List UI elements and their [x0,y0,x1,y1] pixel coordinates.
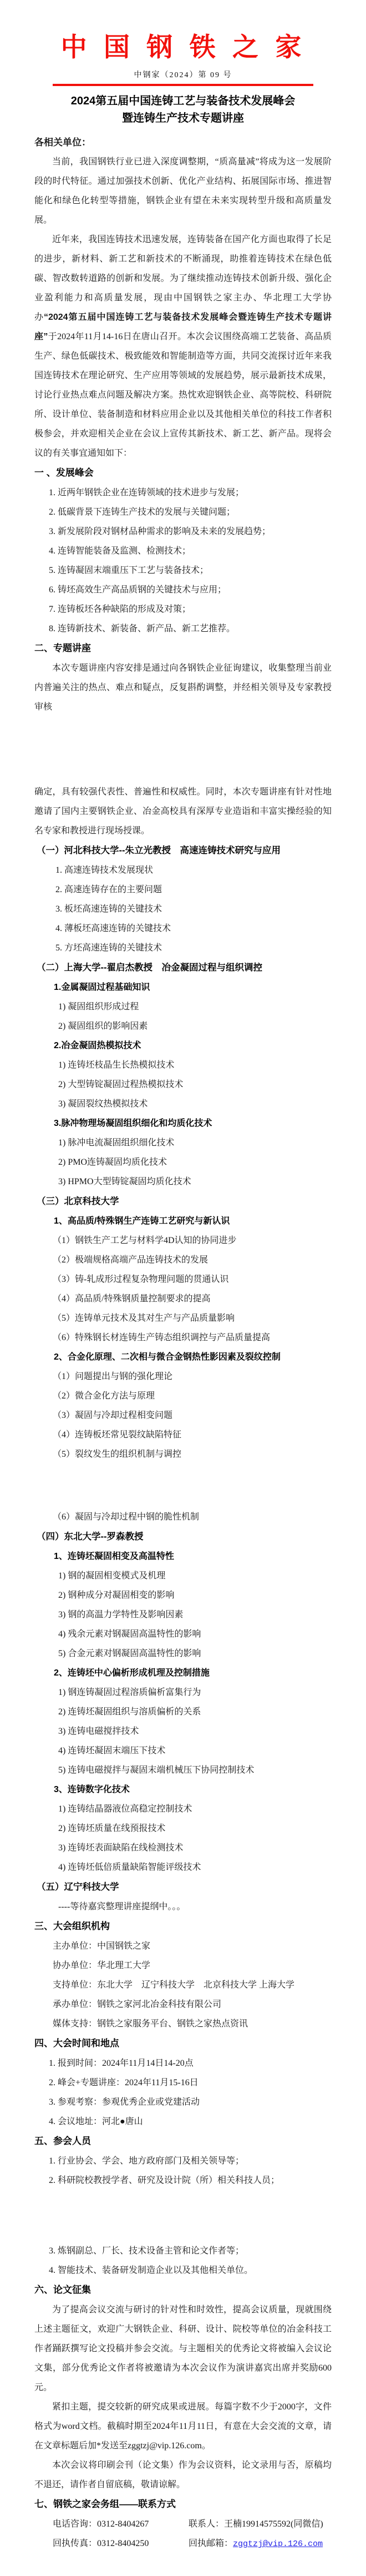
papers-paragraph-3: 本次会议将印刷会刊（论文集）作为会议资料，论文录用与否，原稿均不退还，请作者自留… [34,2456,332,2494]
organization-line: 主办单位：中国钢铁之家 [34,1936,332,1956]
section-heading-lectures: 二、专题讲座 [34,638,332,658]
lecture-2-group-1-title: 1.金属凝固过程基础知识 [34,978,332,997]
summit-topic-item: 4. 连铸智能装备及监测、检测技术； [34,541,332,561]
page-break-gap-3 [34,2190,332,2241]
schedule-item: 1. 报到时间：2024年11月14日14-20点 [34,2054,332,2073]
lecture-3-group-2-item: （3）凝固与冷却过程相变问题 [34,1406,332,1425]
lecture-4-group-2-item: 1) 钢连铸凝固过程溶质偏析富集行为 [34,1683,332,1702]
lecture-1-item-list: 1. 高速连铸技术发展现状2. 高速连铸存在的主要问题3. 板坯高速连铸的关键技… [34,861,332,958]
lecture-3-heading: （三）北京科技大学 [34,1191,332,1211]
lecture-3-group-2-item: （4）连铸板坯常见裂纹缺陷特征 [34,1425,332,1445]
summit-topic-item: 6. 铸坯高效生产高品质钢的关键技术与应用； [34,580,332,600]
organization-line: 协办单位：华北理工大学 [34,1956,332,1975]
attendee-item-list: 1. 行业协会、学会、地方政府部门及相关领导等；2. 科研院校教授学者、研究及设… [34,2151,332,2190]
lecture-3-group-1-item: （3）铸-轧成形过程复杂物理问题的贯通认识 [34,1270,332,1289]
section-heading-schedule: 四、大会时间和地点 [34,2034,332,2054]
lecture-2-group-3-title: 3.脉冲物理场凝固组织细化和均质化技术 [34,1114,332,1133]
lecture-4-group-1-list: 1) 钢的凝固相变模式及机理2) 钢种成分对凝固相变的影响3) 钢的高温力学特性… [34,1566,332,1663]
lecture-3-group-2-item: （5）裂纹发生的组织机制与调控 [34,1445,332,1464]
lecture-1-heading: （一）河北科技大学--朱立光教授 高速连铸技术研究与应用 [34,841,332,861]
lecture-3-group-2-item: （2）微合金化方法与原理 [34,1386,332,1406]
lecture-2-group-3-item: 2) PMO连铸凝固均质化技术 [34,1153,332,1172]
lecture-2-group-3-item: 3) HPMO大型铸锭凝固均质化技术 [34,1172,332,1191]
lecture-4-heading: （四）东北大学--罗森教授 [34,1527,332,1547]
lecture-3-group-1-item: （5）连铸单元技术及其对生产与产品质量影响 [34,1309,332,1328]
lecture-2-group-2-list: 1) 连铸坯枝晶生长热模拟技术2) 大型铸锭凝固过程热模拟技术3) 凝固裂纹热模… [34,1055,332,1114]
lecture-2-heading: （二）上海大学--翟启杰教授 冶金凝固过程与组织调控 [34,958,332,978]
section-heading-contact: 七、钢铁之家会务组——联系方式 [34,2494,332,2514]
lecture-4-group-2-list: 1) 钢连铸凝固过程溶质偏析富集行为2) 连铸坯凝固组织与溶质偏析的关系3) 连… [34,1683,332,1780]
summit-topic-item: 8. 连铸新技术、新装备、新产品、新工艺推荐。 [34,619,332,638]
lecture-4-group-1-item: 4) 残余元素对钢凝固高温特性的影响 [34,1624,332,1644]
lecture-4-group-2-item: 4) 连铸坯凝固末端压下技术 [34,1741,332,1760]
lecture-3-group-1-list: （1）钢铁生产工艺与材料学4D认知的协同进步（2）极端规格高端产品连铸技术的发展… [34,1231,332,1347]
lecture-5-heading: （五）辽宁科技大学 [34,1877,332,1897]
lecture-2-group-2-item: 1) 连铸坯枝晶生长热模拟技术 [34,1055,332,1075]
lecture-3-group-1-title: 1、高品质/特殊钢生产连铸工艺研究与新认识 [34,1211,332,1231]
intro-paragraph-2-post: 于2024年11月14-16日在唐山召开。本次会议围绕高端工艺装备、高品质生产、… [34,332,332,458]
section-heading-attendees: 五、参会人员 [34,2131,332,2151]
lecture-4-group-3-item: 4) 连铸坯低倍质量缺陷智能评级技术 [34,1858,332,1877]
lecture-2-group-1-item: 1) 凝固组织形成过程 [34,997,332,1017]
lecture-2-group-3-item: 1) 脉冲电流凝固组织细化技术 [34,1133,332,1153]
lecture-1-item: 3. 板坯高速连铸的关键技术 [34,899,332,919]
lecture-1-item: 2. 高速连铸存在的主要问题 [34,880,332,899]
section-heading-summit: 一 、发展峰会 [34,463,332,483]
organization-line: 支持单位：东北大学 辽宁科技大学 北京科技大学 上海大学 [34,1975,332,1995]
lecture-2-group-1-item: 2) 凝固组织的影响因素 [34,1017,332,1036]
document-page: 中 国 钢 铁 之 家 中钢家（2024）第 09 号 2024第五届中国连铸工… [0,0,366,2576]
reply-email-link[interactable]: zggtzj@vip.126.com [233,2539,323,2549]
lecture-3-group-2-list: （1）问题提出与钢的强化理论（2）微合金化方法与原理（3）凝固与冷却过程相变问题… [34,1367,332,1464]
lecture-2-group-2-item: 2) 大型铸锭凝固过程热模拟技术 [34,1075,332,1094]
contact-email-label: 回执邮箱： [189,2539,233,2548]
contact-row-fax: 回执传真：0312-8404250 回执邮箱：zggtzj@vip.126.co… [34,2534,332,2554]
salutation: 各相关单位： [34,133,332,152]
papers-paragraph-1: 为了提高会议交流与研讨的针对性和时效性，提高会议质量，现就围绕上述主题征文，欢迎… [34,2300,332,2397]
lecture-5-pending-note: ----等待嘉宾整理讲座提纲中。。。 [34,1897,332,1916]
papers-paragraph-2: 紧扣主题，提交较新的研究成果或进展。每篇字数不少于2000字，文件格式为word… [34,2397,332,2456]
lecture-4-group-2-item: 5) 连铸电磁搅拌与凝固末端机械压下协同控制技术 [34,1760,332,1780]
lecture-3-group-1-item: （2）极端规格高端产品连铸技术的发展 [34,1250,332,1270]
summit-topic-list: 1. 近两年钢铁企业在连铸领域的技术进步与发展；2. 低碳背景下连铸生产技术的发… [34,483,332,638]
lecture-3-group-1-item: （1）钢铁生产工艺与材料学4D认知的协同进步 [34,1231,332,1250]
intro-paragraph-2: 近年来，我国连铸技术迅速发展，连铸装备在国产化方面也取得了长足的进步，新材料、新… [34,230,332,463]
attendee-item: 4. 智能技术、装备研发制造企业以及其他相关单位。 [34,2261,332,2280]
section-heading-papers: 六、论文征集 [34,2280,332,2300]
lecture-3-group-1-item: （6）特殊钢长材连铸生产铸态组织调控与产品质量提高 [34,1328,332,1347]
attendee-item-list-continued: 3. 炼钢副总、厂长、技术设备主管和论文作者等；4. 智能技术、装备研发制造企业… [34,2241,332,2280]
lecture-1-item: 4. 薄板坯高速连铸的关键技术 [34,919,332,938]
lecture-3-group-2-list-continued: （6）凝固与冷却过程中钢的脆性机制 [34,1507,332,1527]
organization-title: 中 国 钢 铁 之 家 [34,32,332,63]
attendee-item: 2. 科研院校教授学者、研究及设计院（所）相关科技人员； [34,2171,332,2190]
lecture-3-group-2-item: （6）凝固与冷却过程中钢的脆性机制 [34,1507,332,1527]
summit-topic-item: 5. 连铸凝固末端重压下工艺与装备技术； [34,561,332,580]
page-break-gap-1 [34,717,332,782]
summit-topic-item: 3. 新发展阶段对钢材品种需求的影响及未来的发展趋势； [34,522,332,541]
organization-line-list: 主办单位：中国钢铁之家协办单位：华北理工大学支持单位：东北大学 辽宁科技大学 北… [34,1936,332,2034]
lecture-4-group-1-title: 1、连铸坯凝固相变及高温特性 [34,1547,332,1566]
schedule-item: 4. 会议地址：河北●唐山 [34,2112,332,2131]
contact-row-phone: 电话咨询：0312-8404267 联系人：王楠19914575592(同微信) [34,2514,332,2534]
schedule-item: 2. 峰会+专题讲座：2024年11月15-16日 [34,2073,332,2092]
attendee-item: 1. 行业协会、学会、地方政府部门及相关领导等； [34,2151,332,2171]
lecture-4-group-3-item: 2) 连铸坯质量在线预报技术 [34,1819,332,1838]
document-number: 中钢家（2024）第 09 号 [34,69,332,80]
letterhead-divider [53,84,313,86]
intro-paragraph-1: 当前，我国钢铁行业已进入深度调整期，“质高量减”将成为这一发展阶段的时代特征。通… [34,152,332,230]
lecture-4-group-1-item: 1) 钢的凝固相变模式及机理 [34,1566,332,1586]
lecture-4-group-3-item: 1) 连铸结晶器液位高稳定控制技术 [34,1799,332,1819]
conference-title-line2: 暨连铸生产技术专题讲座 [34,110,332,127]
lecture-3-group-2-title: 2、合金化原理、二次相与微合金钢热性影因素及裂纹控制 [34,1347,332,1367]
lecture-4-group-2-title: 2、连铸坯中心偏析形成机理及控制措施 [34,1663,332,1683]
lecture-4-group-2-item: 3) 连铸电磁搅拌技术 [34,1722,332,1741]
lecture-intro-part1: 本次专题讲座内容安排是通过向各钢铁企业征询建议，收集整理当前业内普遍关注的热点、… [34,658,332,717]
conference-title: 2024第五届中国连铸工艺与装备技术发展峰会 暨连铸生产技术专题讲座 [34,93,332,127]
schedule-item-list: 1. 报到时间：2024年11月14日14-20点2. 峰会+专题讲座：2024… [34,2054,332,2131]
lecture-4-group-3-list: 1) 连铸结晶器液位高稳定控制技术2) 连铸坯质量在线预报技术3) 连铸坯表面缺… [34,1799,332,1877]
lecture-2-group-2-item: 3) 凝固裂纹热模拟技术 [34,1094,332,1114]
summit-topic-item: 1. 近两年钢铁企业在连铸领域的技术进步与发展； [34,483,332,502]
lecture-1-item: 5. 方坯高速连铸的关键技术 [34,938,332,958]
lecture-4-group-1-item: 5) 合金元素对钢凝固高温特性的影响 [34,1644,332,1663]
schedule-item: 3. 参观考察：参观优秀企业或党建活动 [34,2092,332,2112]
lecture-4-group-1-item: 2) 钢种成分对凝固相变的影响 [34,1586,332,1605]
contact-email-wrap: 回执邮箱：zggtzj@vip.126.com [189,2534,323,2554]
lecture-2-group-3-list: 1) 脉冲电流凝固组织细化技术2) PMO连铸凝固均质化技术3) HPMO大型铸… [34,1133,332,1191]
summit-topic-item: 2. 低碳背景下连铸生产技术的发展与关键问题； [34,502,332,522]
organization-line: 媒体支持：钢铁之家服务平台、钢铁之家热点资讯 [34,2014,332,2034]
lecture-4-group-3-title: 3、连铸数字化技术 [34,1780,332,1799]
lecture-1-item: 1. 高速连铸技术发展现状 [34,861,332,880]
lecture-2-group-2-title: 2.冶金凝固热模拟技术 [34,1036,332,1055]
lecture-4-group-3-item: 3) 连铸坯表面缺陷在线检测技术 [34,1838,332,1858]
contact-person: 联系人：王楠19914575592(同微信) [189,2514,323,2534]
summit-topic-item: 7. 连铸板坯各种缺陷的形成及对策； [34,600,332,619]
lecture-3-group-2-item: （1）问题提出与钢的强化理论 [34,1367,332,1386]
intro-paragraph-2-pre: 近年来，我国连铸技术迅速发展，连铸装备在国产化方面也取得了长足的进步，新材料、新… [34,235,332,322]
contact-fax: 回执传真：0312-8404250 [53,2534,189,2554]
conference-title-line1: 2024第五届中国连铸工艺与装备技术发展峰会 [34,93,332,110]
lecture-4-group-2-item: 2) 连铸坯凝固组织与溶质偏析的关系 [34,1702,332,1722]
contact-phone: 电话咨询：0312-8404267 [53,2514,189,2534]
lecture-2-group-1-list: 1) 凝固组织形成过程2) 凝固组织的影响因素 [34,997,332,1036]
lecture-4-group-1-item: 3) 钢的高温力学特性及影响因素 [34,1605,332,1624]
lecture-3-group-1-item: （4）高品质/特殊钢质量控制要求的提高 [34,1289,332,1309]
page-break-gap-2 [34,1464,332,1507]
lecture-intro-part2: 确定，具有较强代表性、普遍性和权威性。同时，本次专题讲座有针对性地邀请了国内主要… [34,782,332,841]
section-heading-organization: 三、大会组织机构 [34,1916,332,1936]
organization-line: 承办单位：钢铁之家河北冶金科技有限公司 [34,1995,332,2014]
attendee-item: 3. 炼钢副总、厂长、技术设备主管和论文作者等； [34,2241,332,2261]
